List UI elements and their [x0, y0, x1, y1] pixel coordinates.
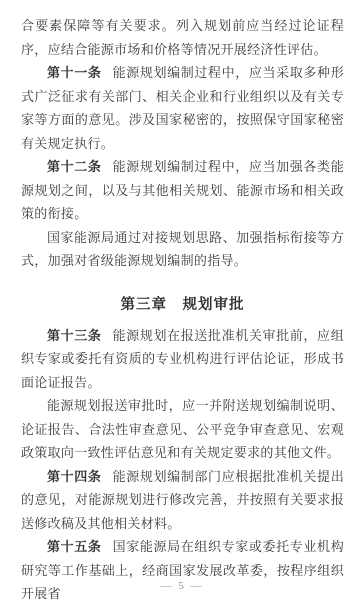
article-lead: 第十一条	[47, 65, 113, 80]
article-lead: 第十四条	[47, 469, 113, 484]
article-lead: 第十三条	[47, 328, 113, 343]
paragraph-article-12-sub: 国家能源局通过对接规划思路、加强指标衔接等方式，加强对省级能源规划编制的指导。	[21, 226, 344, 273]
paragraph-article-12: 第十二条能源规划编制过程中，应当加强各类能源规划之间，以及与其他相关规划、能源市…	[21, 155, 344, 226]
chapter-heading: 第三章 规划审批	[21, 293, 344, 317]
article-lead: 第十二条	[47, 159, 113, 174]
paragraph-continuation: 合要素保障等有关要求。列入规划前应当经过论证程序，应结合能源市场和价格等情况开展…	[21, 14, 344, 61]
paragraph-article-13: 第十三条能源规划在报送批准机关审批前，应组织专家或委托有资质的专业机构进行评估论…	[21, 324, 344, 395]
page-number: — 5 —	[0, 579, 364, 593]
paragraph-article-14: 第十四条能源规划编制部门应根据批准机关提出的意见，对能源规划进行修改完善，并按照…	[21, 465, 344, 536]
paragraph-article-11: 第十一条能源规划编制过程中，应当采取多种形式广泛征求有关部门、相关企业和行业组织…	[21, 61, 344, 155]
document-page: 合要素保障等有关要求。列入规划前应当经过论证程序，应结合能源市场和价格等情况开展…	[0, 0, 364, 603]
paragraph-text: 能源规划报送审批时，应一并附送规划编制说明、论证报告、合法性审查意见、公平竞争审…	[21, 398, 344, 460]
paragraph-text: 国家能源局通过对接规划思路、加强指标衔接等方式，加强对省级能源规划编制的指导。	[21, 230, 344, 269]
document-body: 合要素保障等有关要求。列入规划前应当经过论证程序，应结合能源市场和价格等情况开展…	[21, 14, 344, 603]
article-lead: 第十五条	[47, 539, 113, 554]
paragraph-text: 合要素保障等有关要求。列入规划前应当经过论证程序，应结合能源市场和价格等情况开展…	[21, 18, 344, 57]
paragraph-article-13-sub: 能源规划报送审批时，应一并附送规划编制说明、论证报告、合法性审查意见、公平竞争审…	[21, 394, 344, 465]
